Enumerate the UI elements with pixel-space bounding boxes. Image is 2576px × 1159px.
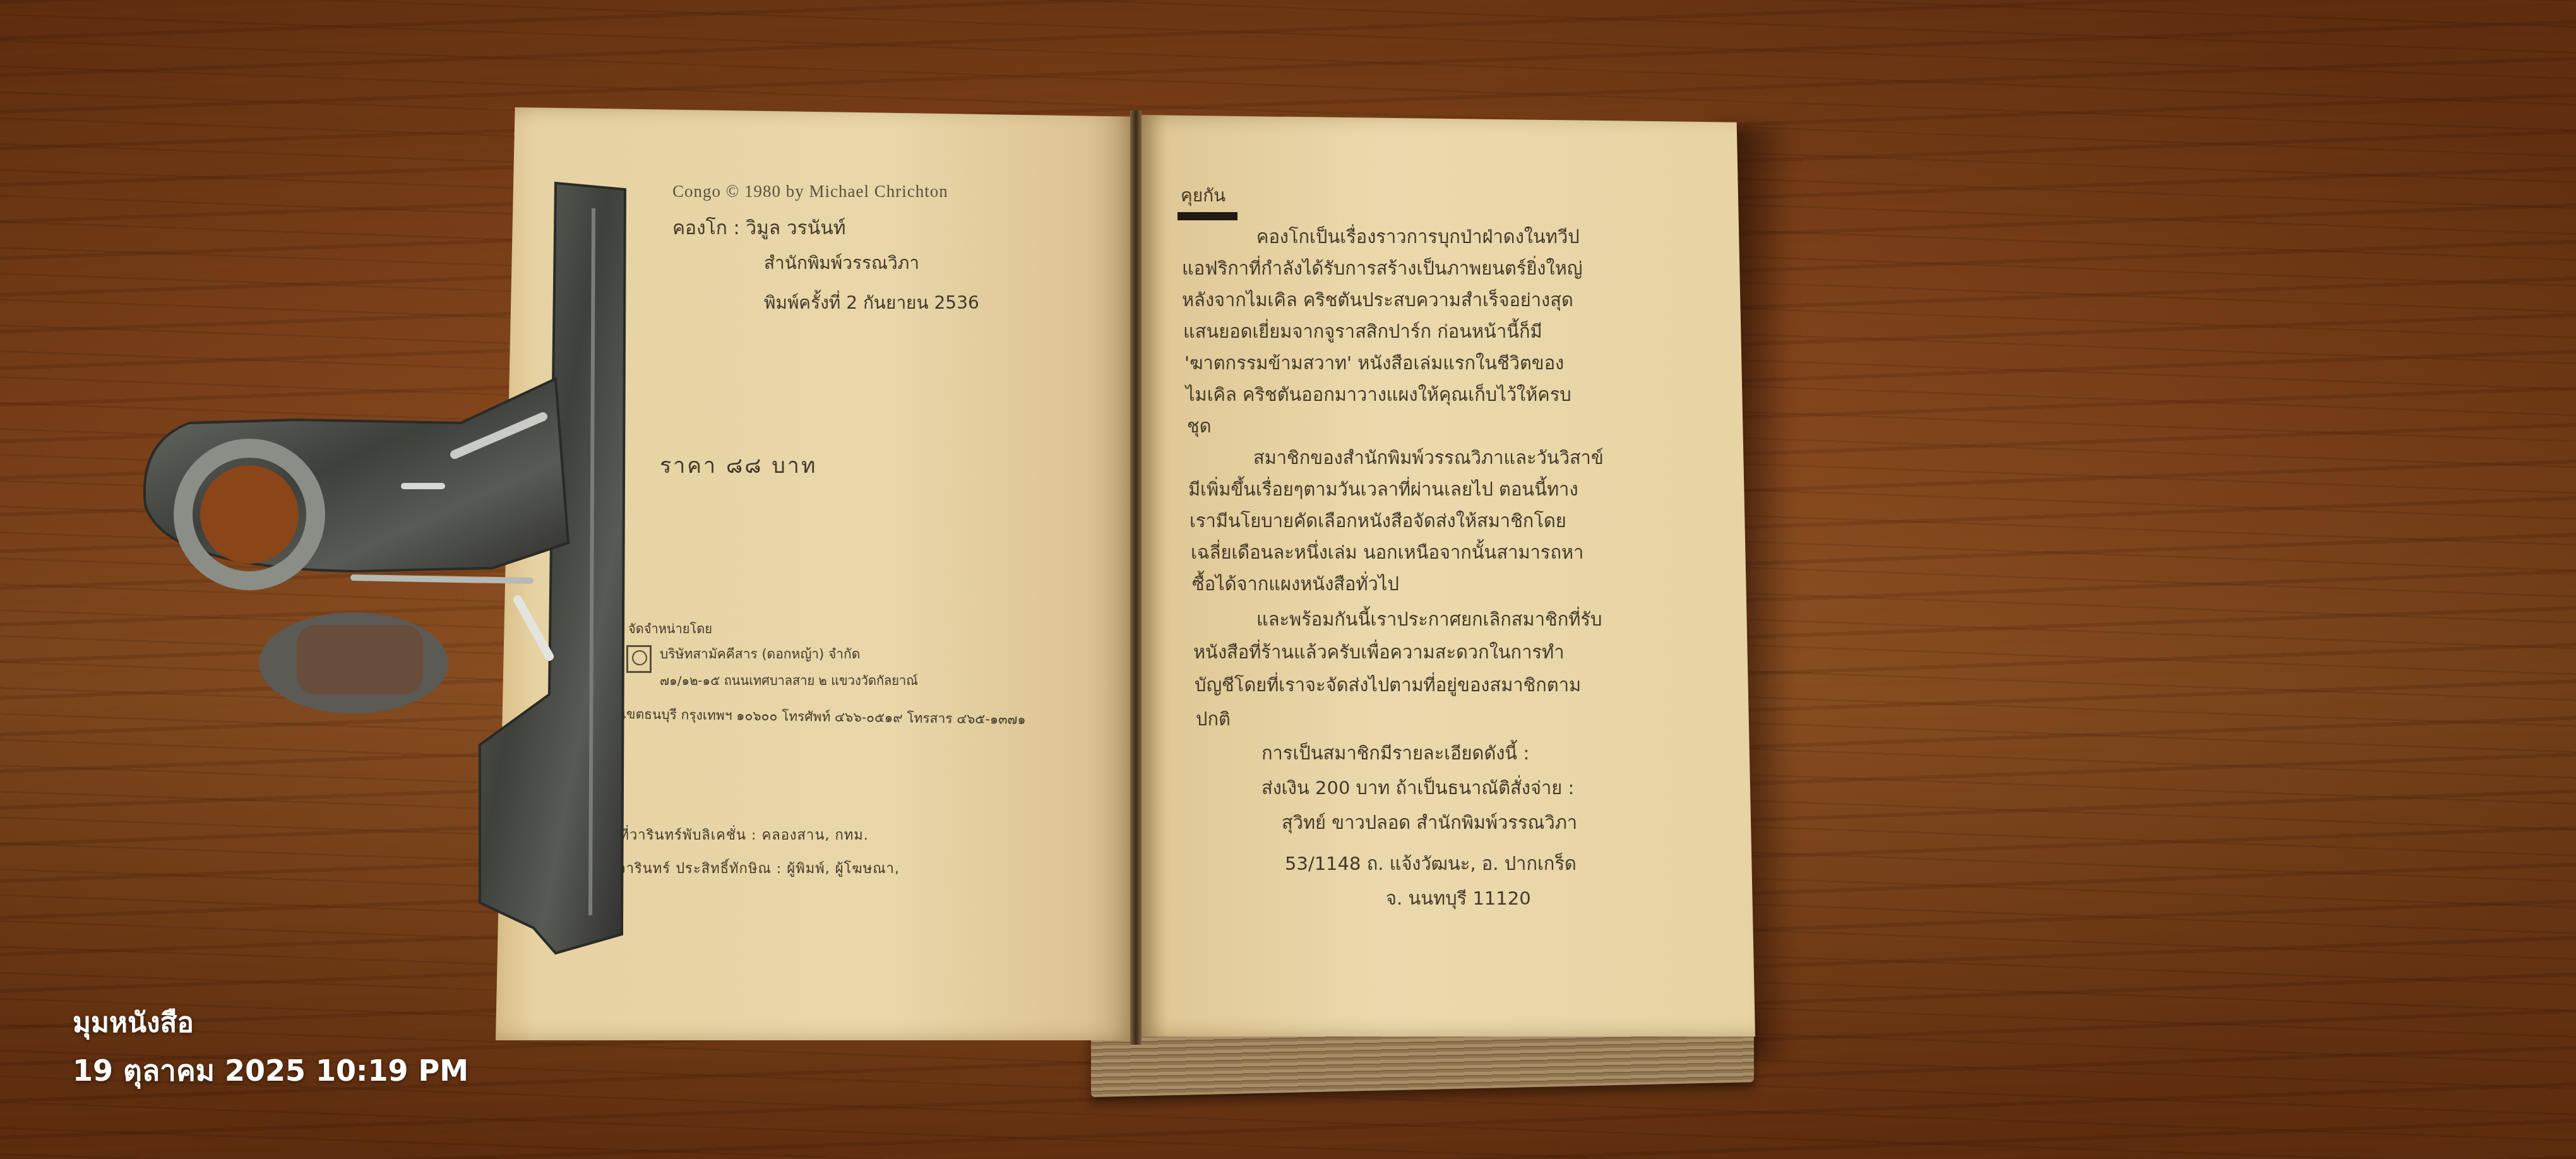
left-page: [496, 107, 1140, 1040]
copyright-line: Congo © 1980 by Michael Chrichton: [672, 182, 948, 201]
section-heading: คุยกัน: [1181, 182, 1225, 210]
distributor-name: บริษัทสามัคคีสาร (ดอกหญ้า) จำกัด: [660, 644, 860, 665]
watermark-title: มุมหนังสือ: [73, 1001, 194, 1045]
publisher-name: สำนักพิมพ์วรรณวิภา: [764, 249, 919, 277]
body-line: แอฟริกาที่กำลังได้รับการสร้างเป็นภาพยนตร…: [1182, 254, 1583, 283]
body-line: ปกติ: [1196, 704, 1231, 734]
title-translator-line: คองโก : วิมูล วรนันท์: [672, 213, 845, 243]
body-line: 53/1148 ถ. แจ้งวัฒนะ, อ. ปากเกร็ด: [1285, 849, 1577, 878]
body-line: เฉลี่ยเดือนละหนึ่งเล่ม นอกเหนือจากนั้นสา…: [1191, 538, 1583, 567]
printer-line-2: นายวารินทร์ ประสิทธิ์ทักษิณ : ผู้พิมพ์, …: [590, 857, 900, 879]
heading-underline: [1178, 212, 1237, 220]
body-line: ส่งเงิน 200 บาท ถ้าเป็นธนาณัติสั่งจ่าย :: [1261, 773, 1574, 802]
body-line: บัญชีโดยที่เราจะจัดส่งไปตามที่อยู่ของสมา…: [1195, 670, 1581, 699]
body-line: ไมเคิล คริชตันออกมาวางแผงให้คุณเก็บไว้ให…: [1186, 380, 1571, 409]
book-gutter: [1130, 110, 1142, 1045]
body-line: เรามีนโยบายคัดเลือกหนังสือจัดส่งให้สมาชิ…: [1190, 506, 1566, 535]
body-line: จ. นนทบุรี 11120: [1386, 884, 1531, 913]
body-line: คองโกเป็นเรื่องราวการบุกป่าฝ่าดงในทวีป: [1256, 222, 1580, 251]
body-line: และพร้อมกันนี้เราประกาศยกเลิกสมาชิกที่รั…: [1256, 605, 1602, 634]
body-line: หลังจากไมเคิล คริชตันประสบความสำเร็จอย่า…: [1182, 285, 1573, 314]
body-line: ชุด: [1187, 412, 1212, 441]
body-line: ซื้อได้จากแผงหนังสือทั่วไป: [1192, 569, 1399, 598]
watermark-timestamp: 19 ตุลาคม 2025 10:19 PM: [73, 1048, 468, 1094]
price-label: ราคา ๘๘ บาท: [660, 448, 817, 482]
body-line: สุวิทย์ ขาวปลอด สำนักพิมพ์วรรณวิภา: [1282, 808, 1577, 837]
body-line: หนังสือที่ร้านแล้วครับเพื่อความสะดวกในกา…: [1193, 638, 1564, 667]
printer-line-1: พิมพ์ที่วารินทร์พับลิเคชั่น : คลองสาน, ก…: [590, 824, 869, 846]
body-line: การเป็นสมาชิกมีรายละเอียดดังนี้ :: [1261, 739, 1529, 768]
body-line: 'ฆาตกรรมข้ามสวาท' หนังสือเล่มแรกในชีวิตข…: [1184, 348, 1564, 377]
body-line: แสนยอดเยี่ยมจากจูราสสิกปาร์ก ก่อนหน้านี้…: [1183, 317, 1542, 346]
distributor-label: จัดจำหน่ายโดย: [628, 619, 712, 639]
edition-line: พิมพ์ครั้งที่ 2 กันยายน 2536: [764, 289, 979, 317]
body-line: สมาชิกของสำนักพิมพ์วรรณวิภาและวันวิสาข์: [1253, 443, 1604, 472]
distributor-address: ๗๑/๑๒-๑๕ ถนนเทศบาลสาย ๒ แขวงวัดกัลยาณ์: [660, 670, 918, 691]
body-line: มีเพิ่มขึ้นเรื่อยๆตามวันเวลาที่ผ่านเลยไป…: [1188, 475, 1578, 504]
distributor-logo-icon: [626, 645, 652, 673]
